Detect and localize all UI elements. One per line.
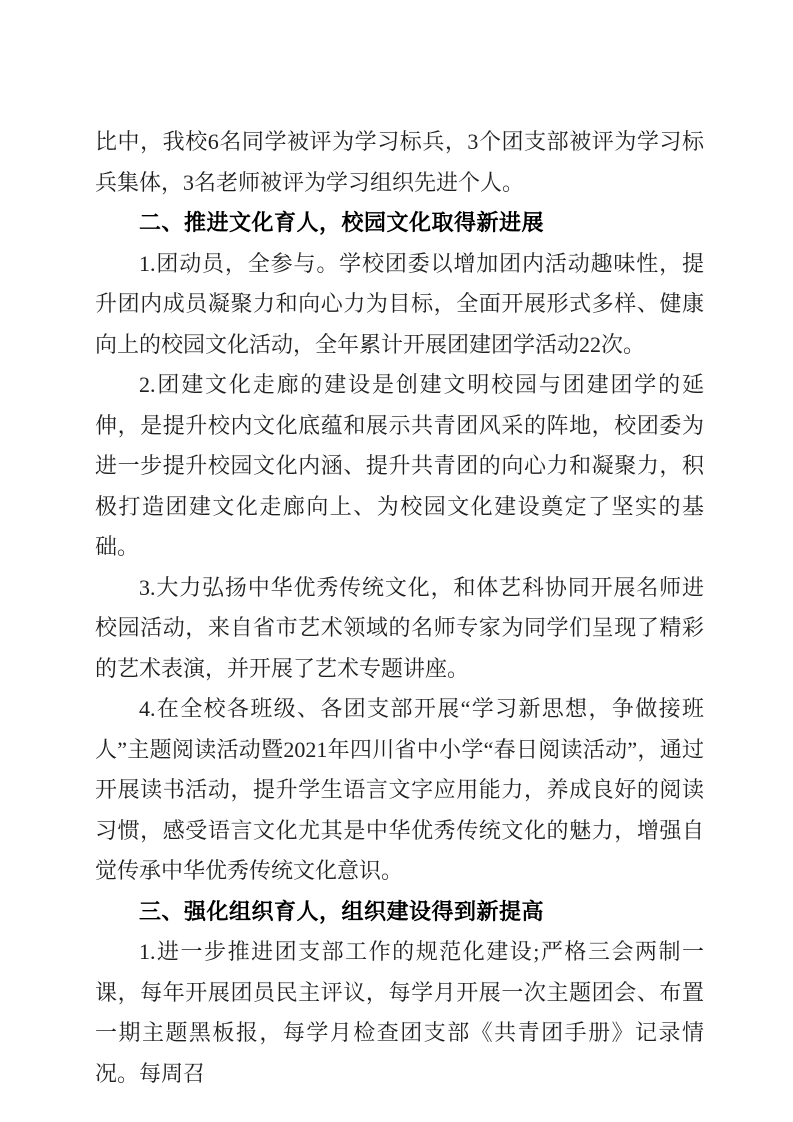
paragraph-culture-1: 1.团动员，全参与。学校团委以增加团内活动趣味性，提升团内成员凝聚力和向心力为目…	[95, 244, 704, 366]
paragraph-culture-2: 2.团建文化走廊的建设是创建文明校园与团建团学的延伸，是提升校内文化底蕴和展示共…	[95, 365, 704, 568]
section-heading-2: 二、推进文化育人，校园文化取得新进展	[95, 203, 704, 244]
document-body: 比中，我校6名同学被评为学习标兵，3个团支部被评为学习标兵集体，3名老师被评为学…	[95, 122, 704, 1094]
paragraph-organization-1: 1.进一步推进团支部工作的规范化建设;严格三会两制一课，每年开展团员民主评议，每…	[95, 932, 704, 1094]
paragraph-continuation: 比中，我校6名同学被评为学习标兵，3个团支部被评为学习标兵集体，3名老师被评为学…	[95, 122, 704, 203]
paragraph-culture-3: 3.大力弘扬中华优秀传统文化，和体艺科协同开展名师进校园活动，来自省市艺术领域的…	[95, 568, 704, 690]
section-heading-3: 三、强化组织育人，组织建设得到新提高	[95, 892, 704, 933]
paragraph-culture-4: 4.在全校各班级、各团支部开展“学习新思想，争做接班人”主题阅读活动暨2021年…	[95, 689, 704, 892]
document-page: 比中，我校6名同学被评为学习标兵，3个团支部被评为学习标兵集体，3名老师被评为学…	[0, 0, 793, 1122]
